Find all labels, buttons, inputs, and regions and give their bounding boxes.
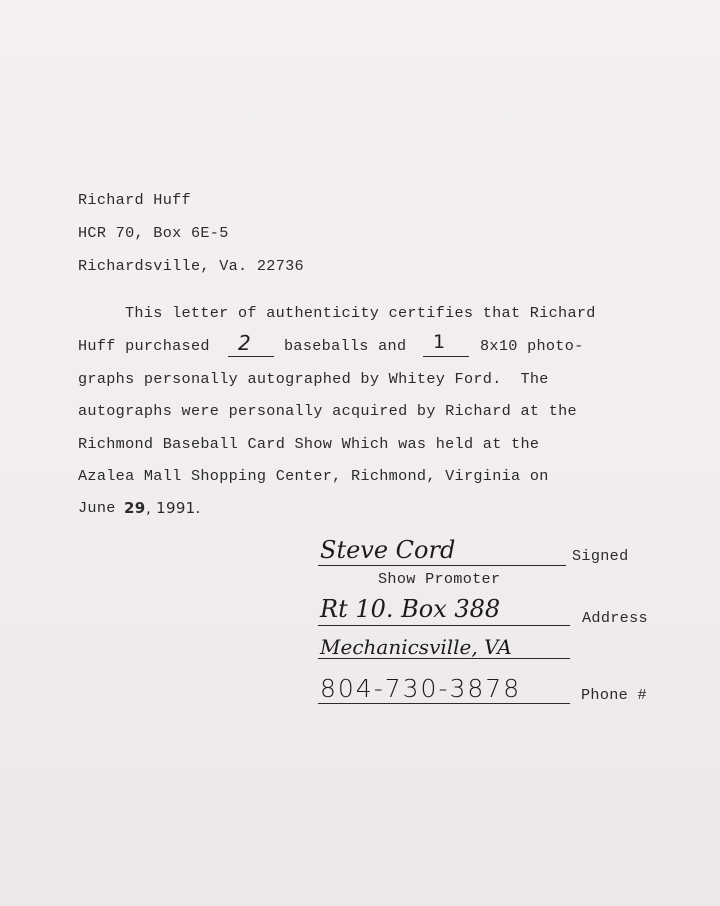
role-label: Show Promoter [378,572,500,587]
phone-rule [318,703,570,704]
recipient-address-line1: HCR 70, Box 6E-5 [78,226,229,241]
body-line-2-middle: baseballs and [284,339,406,354]
promoter-phone: 804-730-3878 [320,676,521,701]
baseballs-count-handwritten: 2 [238,333,251,353]
body-line-5: Richmond Baseball Card Show Which was he… [78,437,539,452]
phone-label: Phone # [581,688,647,703]
address-line-2-rule [318,658,570,659]
recipient-address-line2: Richardsville, Va. 22736 [78,259,304,274]
recipient-name: Richard Huff [78,193,191,208]
signed-label: Signed [572,549,628,564]
photos-count-blank [423,356,469,357]
body-line-2-start: Huff purchased [78,339,210,354]
promoter-address-line2: Mechanicsville, VA [320,637,512,657]
promoter-signature: Steve Cord [320,538,455,562]
promoter-address-line1: Rt 10. Box 388 [320,597,500,621]
body-line-4: autographs were personally acquired by R… [78,404,577,419]
photos-count-handwritten: 1 [433,333,445,352]
address-label: Address [582,611,648,626]
body-line-1: This letter of authenticity certifies th… [125,306,596,321]
baseballs-count-blank [228,356,274,357]
date-day: 29 [124,501,145,516]
date-year: , 1991. [146,501,201,516]
body-line-6: Azalea Mall Shopping Center, Richmond, V… [78,469,549,484]
date-month: June [78,501,116,516]
body-line-3: graphs personally autographed by Whitey … [78,372,549,387]
signature-line [318,565,566,566]
body-line-2-end: 8x10 photo- [480,339,584,354]
address-line-1-rule [318,625,570,626]
